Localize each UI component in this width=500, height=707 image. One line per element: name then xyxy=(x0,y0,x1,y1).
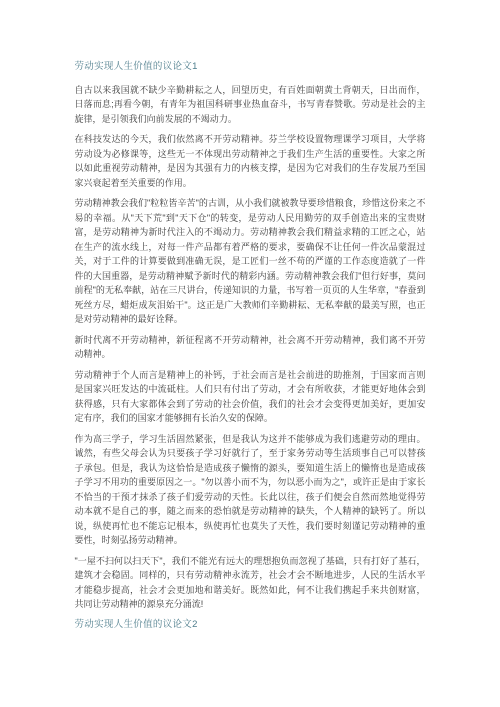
essay-1-paragraph-2: 在科技发达的今天，我们依然离不开劳动精神。芬兰学校设置物理课学习项目，大学将劳动… xyxy=(75,132,426,190)
essay-2-title: 劳动实现人生价值的议论文2 xyxy=(75,618,426,633)
essay-1-title: 劳动实现人生价值的议论文1 xyxy=(75,60,426,75)
document-page: 劳动实现人生价值的议论文1 自古以来我国就不缺少辛勤耕耘之人，回望历史，有百姓面… xyxy=(0,0,500,707)
essay-1-paragraph-7: "一屋不扫何以扫天下"，我们不能光有远大的理想抱负而忽视了基础，只有打好了基石，… xyxy=(75,554,426,612)
article-content: 劳动实现人生价值的议论文1 自古以来我国就不缺少辛勤耕耘之人，回望历史，有百姓面… xyxy=(75,0,426,632)
essay-1-paragraph-4: 新时代离不开劳动精神，新征程离不开劳动精神，社会离不开劳动精神，我们离不开劳动精… xyxy=(75,333,426,362)
essay-1-paragraph-6: 作为高三学子，学习生活固然紧张，但是我认为这并不能够成为我们逃避劳动的理由。诚然… xyxy=(75,432,426,548)
essay-1-paragraph-5: 劳动精神于个人而言是精神上的补钙，于社会而言是社会前进的助推剂，于国家而言则是国… xyxy=(75,368,426,426)
essay-1-paragraph-1: 自古以来我国就不缺少辛勤耕耘之人，回望历史，有百姓面朝黄土背朝天，日出而作，日落… xyxy=(75,83,426,127)
essay-1-paragraph-3: 劳动精神教会我们"粒粒皆辛苦"的古训，从小我们就被教导要珍惜粮食，珍惜这份来之不… xyxy=(75,196,426,327)
